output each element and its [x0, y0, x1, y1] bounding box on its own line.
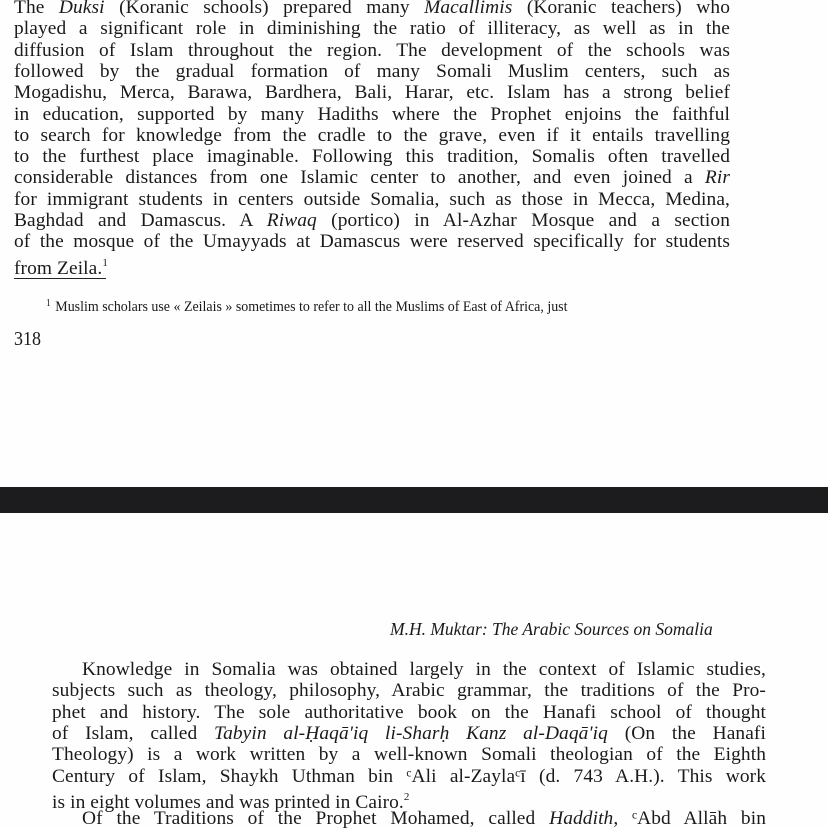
text-segment: to the furthest place imaginable. Follow…: [14, 146, 730, 167]
page-number: 318: [14, 328, 41, 350]
text-segment: The: [14, 0, 59, 18]
text-segment: followed by the gradual formation of man…: [14, 61, 730, 82]
text-segment: subjects such as theology, philosophy, A…: [52, 680, 766, 701]
text-segment: Mogadishu, Merca, Barawa, Bardhera, Bali…: [14, 82, 730, 103]
footnote-reference: 1: [102, 257, 108, 269]
text-segment: of Islam, called: [52, 723, 214, 744]
text-segment: (Koranic schools) prepared many: [105, 0, 424, 18]
text-segment: (Koranic teachers) who: [512, 0, 730, 18]
text-line: from Zeila.1: [14, 253, 730, 279]
text-line: in education, supported by many Hadiths …: [14, 104, 730, 125]
footnote-rule: [14, 278, 106, 279]
footnote-text: Muslim scholars use « Zeilais » sometime…: [55, 299, 567, 315]
text-line: Knowledge in Somalia was obtained largel…: [52, 659, 766, 680]
text-segment: Baghdad and Damascus. A: [14, 210, 267, 231]
text-segment: in education, supported by many Hadiths …: [14, 104, 730, 125]
text-segment: of the mosque of the Umayyads at Damascu…: [14, 231, 730, 252]
footnote-marker: 1: [46, 298, 51, 309]
text-segment: phet and history. The sole authoritative…: [52, 702, 766, 723]
top-page: The Duksi (Koranic schools) prepared man…: [0, 0, 828, 487]
text-segment: played a significant role in diminishing…: [14, 18, 730, 39]
text-line: phet and history. The sole authoritative…: [52, 702, 766, 723]
text-line: diffusion of Islam throughout the region…: [14, 40, 730, 61]
footnote-1: 1Muslim scholars use « Zeilais » sometim…: [46, 295, 567, 316]
text-segment: , ᶜAbd Allāh bin: [613, 808, 766, 828]
text-segment: Century of Islam, Shaykh Uthman bin ᶜAli…: [52, 766, 766, 787]
text-line: The Duksi (Koranic schools) prepared man…: [14, 0, 730, 18]
footnote-reference: 2: [404, 791, 410, 803]
running-head: M.H. Muktar: The Arabic Sources on Somal…: [390, 619, 713, 639]
italic-term: Macallimis: [424, 0, 512, 18]
text-line: Baghdad and Damascus. A Riwaq (portico) …: [14, 210, 730, 231]
page-divider-band: [0, 487, 828, 513]
text-segment: diffusion of Islam throughout the region…: [14, 40, 730, 61]
text-segment: (portico) in Al-Azhar Mosque and a secti…: [317, 210, 730, 231]
text-segment: from Zeila.: [14, 258, 102, 279]
text-segment: considerable distances from one Islamic …: [14, 167, 705, 188]
text-line: played a significant role in diminishing…: [14, 18, 730, 39]
text-segment: Theology) is a work written by a well-kn…: [52, 744, 766, 765]
text-line: of the mosque of the Umayyads at Damascu…: [14, 231, 730, 252]
italic-term: Riwaq: [267, 210, 317, 231]
text-line: considerable distances from one Islamic …: [14, 167, 730, 188]
text-line: subjects such as theology, philosophy, A…: [52, 680, 766, 701]
text-line: to search for knowledge from the cradle …: [14, 125, 730, 146]
text-segment: Knowledge in Somalia was obtained largel…: [82, 659, 766, 680]
text-line: followed by the gradual formation of man…: [14, 61, 730, 82]
text-line: Theology) is a work written by a well-kn…: [52, 744, 766, 765]
text-segment: for immigrant students in centers outsid…: [14, 189, 730, 210]
italic-term: Haddith: [549, 808, 613, 828]
text-line: Of the Traditions of the Prophet Mohamed…: [52, 808, 766, 828]
text-line: for immigrant students in centers outsid…: [14, 189, 730, 210]
italic-term: Tabyin al-Ḥaqā'iq li-Sharḥ Kanz al-Daqā'…: [214, 723, 608, 744]
text-segment: Of the Traditions of the Prophet Mohamed…: [82, 808, 549, 828]
text-line: of Islam, called Tabyin al-Ḥaqā'iq li-Sh…: [52, 723, 766, 744]
text-segment: to search for knowledge from the cradle …: [14, 125, 730, 146]
text-line: Mogadishu, Merca, Barawa, Bardhera, Bali…: [14, 82, 730, 103]
text-line: Century of Islam, Shaykh Uthman bin ᶜAli…: [52, 766, 766, 787]
italic-term: Rir: [705, 167, 730, 188]
text-segment: (On the Hanafi: [608, 723, 766, 744]
italic-term: Duksi: [59, 0, 105, 18]
text-line: to the furthest place imaginable. Follow…: [14, 146, 730, 167]
